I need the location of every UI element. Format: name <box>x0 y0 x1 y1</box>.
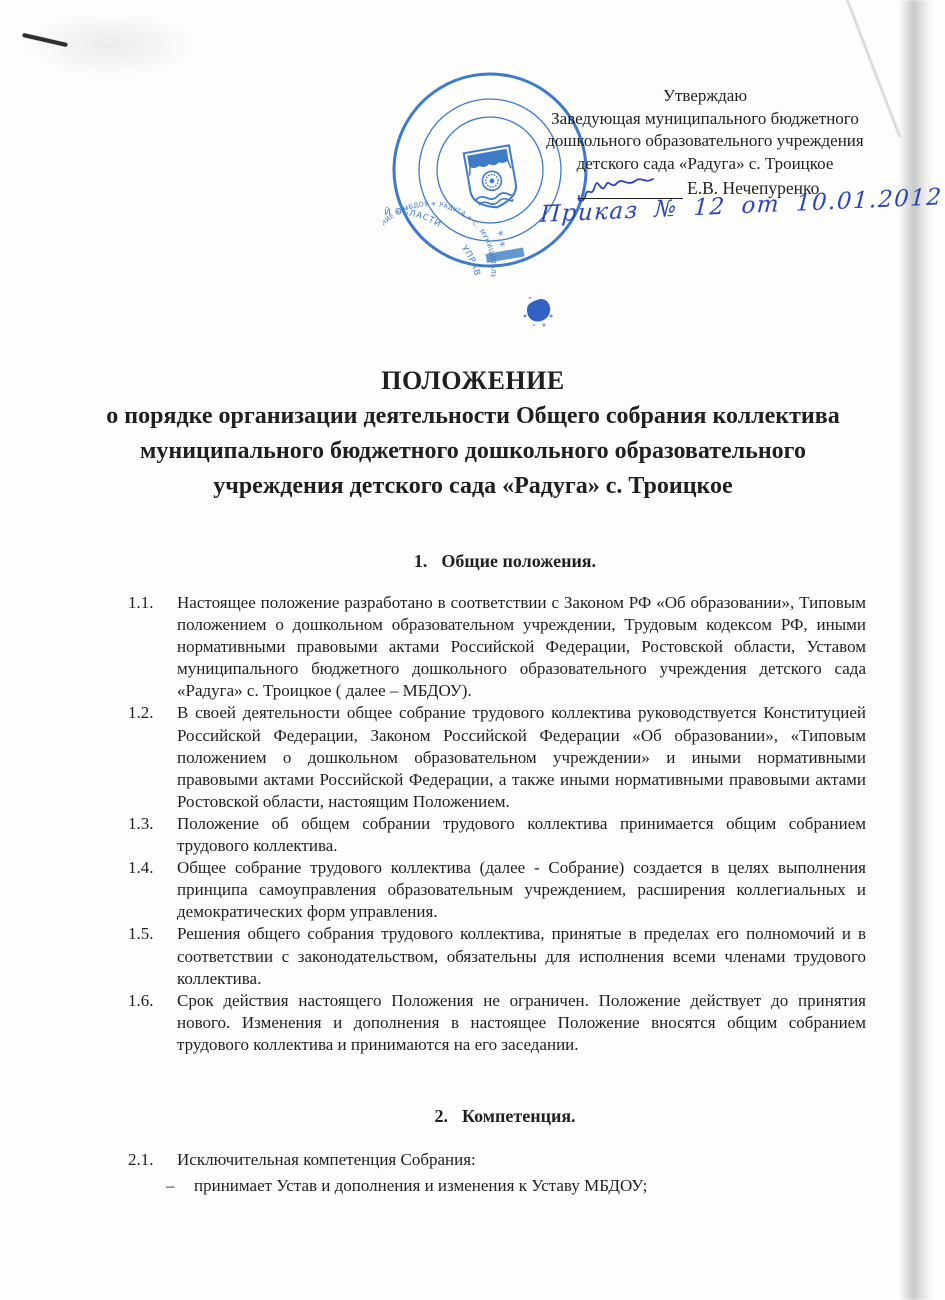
item-number: 1.1. <box>128 592 154 614</box>
item-number: 1.3. <box>128 813 154 835</box>
approval-org-line: дошкольного образовательного учреждения <box>518 130 892 153</box>
list-item: 1.2. В своей деятельности общее собрание… <box>128 702 866 812</box>
bullet-item: – принимает Устав и дополнения и изменен… <box>128 1175 866 1197</box>
approval-block: Утверждаю Заведующая муниципального бюдж… <box>518 85 892 175</box>
item-text: Решения общего собрания трудового коллек… <box>177 924 866 987</box>
item-number: 1.6. <box>128 990 154 1012</box>
approval-org-line: Заведующая муниципального бюджетного <box>518 108 892 131</box>
section-2-title: Компетенция. <box>462 1106 576 1126</box>
section-1-list: 1.1. Настоящее положение разработано в с… <box>128 592 866 1056</box>
list-item: 1.1. Настоящее положение разработано в с… <box>128 592 866 702</box>
section-1-heading: 1.Общие положения. <box>82 551 928 572</box>
list-item: 1.3. Положение об общем собрании трудово… <box>128 813 866 857</box>
stamp-coat-of-arms <box>464 145 520 211</box>
scanned-document-page: { "colors": { "stamp_ink": "#2f6fc4", "h… <box>0 0 945 1300</box>
document-title-block: ПОЛОЖЕНИЕ о порядке организации деятельн… <box>82 362 864 504</box>
item-text: Положение об общем собрании трудового ко… <box>177 814 866 855</box>
list-item: 2.1. Исключительная компетенция Собрания… <box>128 1149 866 1171</box>
ink-blot <box>522 294 556 335</box>
paper-smudge <box>20 10 200 80</box>
item-number: 1.5. <box>128 923 154 945</box>
item-number: 1.4. <box>128 857 154 879</box>
document-subtitle: о порядке организации деятельности Общег… <box>82 399 864 504</box>
item-number: 2.1. <box>128 1149 154 1171</box>
list-item: 1.6. Срок действия настоящего Положения … <box>128 990 866 1056</box>
item-number: 1.2. <box>128 702 154 724</box>
section-2-heading: 2.Компетенция. <box>82 1106 928 1127</box>
section-2-number: 2. <box>434 1106 448 1126</box>
section-2-list: 2.1. Исключительная компетенция Собрания… <box>128 1149 866 1197</box>
item-text: Срок действия настоящего Положения не ог… <box>177 991 866 1054</box>
bullet-dash: – <box>166 1175 175 1197</box>
stamp-inner-ring-label: МУНИЦИПАЛЬНОЕ БЮДЖЕТНОЕ ДОШКОЛЬНОЕ ОБРАЗ… <box>383 63 508 277</box>
bullet-text: принимает Устав и дополнения и изменения… <box>194 1176 647 1195</box>
item-text: Настоящее положение разработано в соотве… <box>177 593 866 700</box>
item-text: Исключительная компетенция Собрания: <box>177 1150 476 1169</box>
list-item: 1.5. Решения общего собрания трудового к… <box>128 923 866 989</box>
stamp-star-glyph: ✳ <box>498 239 506 249</box>
section-1-number: 1. <box>414 551 428 571</box>
item-text: Общее собрание трудового коллектива (дал… <box>177 858 866 921</box>
approval-label: Утверждаю <box>518 85 892 108</box>
list-item: 1.4. Общее собрание трудового коллектива… <box>128 857 866 923</box>
item-text: В своей деятельности общее собрание труд… <box>177 703 866 810</box>
section-1-title: Общие положения. <box>441 551 596 571</box>
stamp-star-glyph: ✳ <box>496 229 504 239</box>
document-title: ПОЛОЖЕНИЕ <box>82 362 864 399</box>
